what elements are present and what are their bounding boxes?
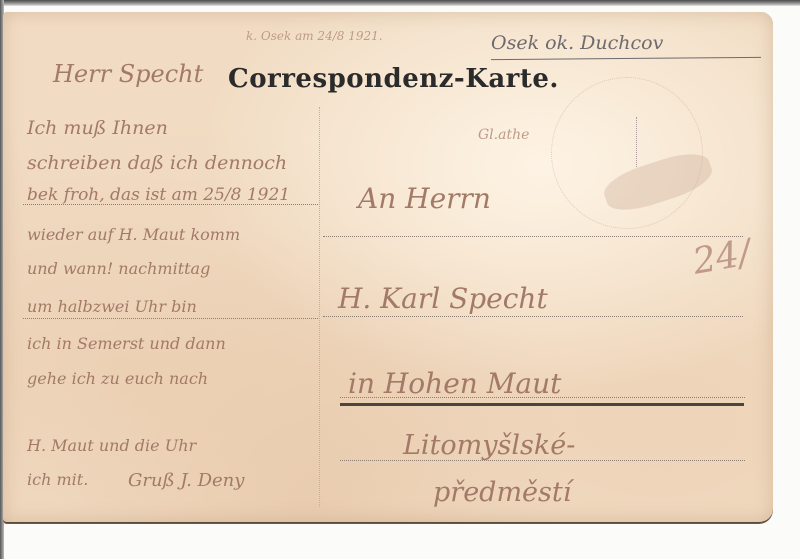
message-line: um halbzwei Uhr bin [27, 297, 197, 316]
message-line: schreiben daß ich dennoch [27, 152, 287, 174]
scan-edge-top [0, 0, 800, 6]
pencil-location-note: Osek ok. Duchcov [491, 32, 663, 54]
address-dotted-line [323, 236, 743, 237]
message-line: ich in Semerst und dann [27, 334, 226, 353]
archive-note: Gl.athe [478, 127, 529, 143]
stamp-mark [636, 117, 637, 167]
message-line: ich mit. [27, 470, 88, 489]
address-dotted-line [340, 460, 745, 461]
postcard: Correspondenz-Karte. k. Osek am 24/8 192… [3, 12, 773, 523]
margin-number: 24/ [690, 232, 754, 282]
message-line: gehe ich zu euch nach [27, 369, 208, 388]
signature: Gruß J. Deny [128, 470, 244, 491]
pencil-underline [491, 57, 761, 60]
address-line: Litomyšlské- [403, 430, 575, 461]
address-line: předměstí [433, 477, 571, 508]
dotted-guide-line [23, 318, 318, 319]
vertical-divider [319, 107, 320, 507]
message-line: und wann! nachmittag [27, 259, 210, 278]
message-line: Herr Specht [53, 60, 203, 88]
printed-title: Correspondenz-Karte. [228, 64, 559, 94]
address-line: An Herrn [358, 182, 491, 215]
address-dotted-line [340, 397, 745, 398]
dotted-guide-line [23, 204, 318, 205]
message-line: H. Maut und die Uhr [27, 436, 196, 455]
message-line: Ich muß Ihnen [27, 117, 168, 139]
message-line: wieder auf H. Maut komm [27, 225, 240, 244]
address-dotted-line [323, 316, 743, 317]
date-note: k. Osek am 24/8 1921. [246, 29, 383, 43]
address-line: H. Karl Specht [338, 282, 548, 315]
address-thick-line [340, 403, 744, 406]
address-line: in Hohen Maut [348, 367, 561, 400]
message-line: bek froh, das ist am 25/8 1921 [27, 185, 290, 205]
